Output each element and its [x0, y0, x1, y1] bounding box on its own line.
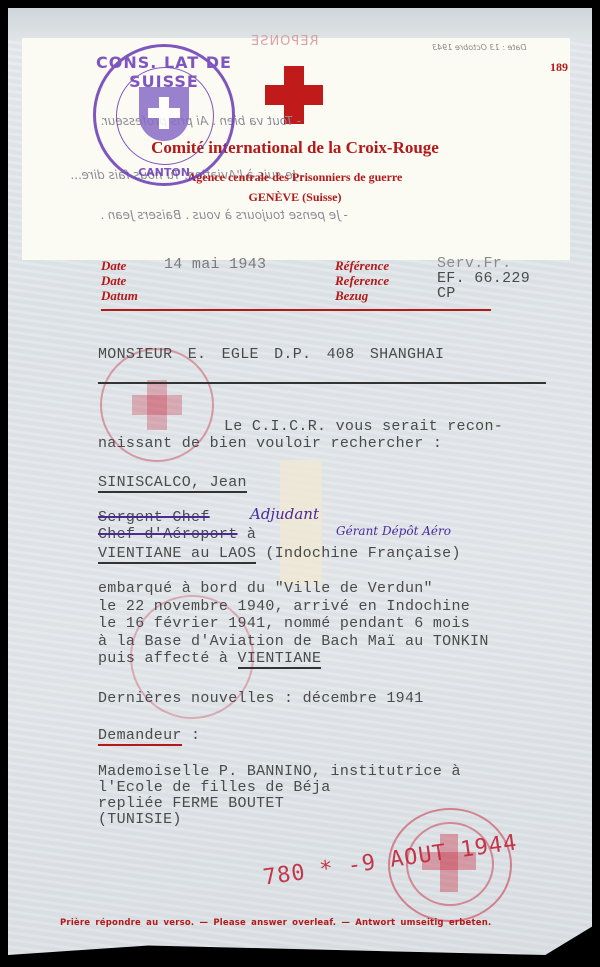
reference-values: Serv.Fr. EF. 66.229 CP	[437, 256, 530, 301]
handwritten-position: Gérant Dépôt Aéro	[336, 524, 451, 538]
swiss-shield-icon	[139, 87, 189, 141]
reference-value-3: CP	[437, 286, 530, 301]
subject-name: SINISCALCO, Jean	[98, 474, 247, 493]
handwritten-date: Date : 13 Octobre 1943	[432, 43, 527, 52]
details-last-underlined: VIENTIANE	[238, 650, 322, 669]
footer-instruction: Prière répondre au verso. — Please answe…	[60, 918, 491, 928]
city-name: GENÈVE (Suisse)	[100, 190, 490, 205]
requester-label-suffix: :	[182, 727, 201, 744]
details-paragraph: embarqué à bord du "Ville de Verdun" le …	[98, 580, 489, 668]
details-line-4: à la Base d'Aviation de Bach Maï au TONK…	[98, 633, 489, 651]
header-divider	[101, 309, 491, 311]
requester-line-2: l'Ecole de filles de Béja	[98, 780, 461, 796]
requester-label: Demandeur	[98, 727, 182, 746]
requester-label-row: Demandeur :	[98, 727, 200, 744]
reference-value-1: Serv.Fr.	[437, 256, 530, 271]
reference-label-en: Reference	[335, 273, 389, 288]
requester-line-3: repliée FERME BOUTET	[98, 796, 461, 812]
subject-position-row: Chef d'Aéroport à	[98, 526, 256, 543]
reference-value-2: EF. 66.229	[437, 271, 530, 286]
subject-rank-row: Sergent-Chef	[98, 509, 210, 526]
requester-line-1: Mademoiselle P. BANNINO, institutrice à	[98, 764, 461, 780]
reference-labels: Référence Reference Bezug	[335, 258, 389, 303]
swiss-consulate-stamp: CONS. LAT DE SUISSE CANTON	[93, 44, 235, 186]
addressee: MONSIEUR E. EGLE D.P. 408 SHANGHAI	[98, 346, 444, 363]
handwritten-line-3: - Je pense toujours à vous . Baisers Jea…	[100, 208, 540, 222]
details-line-5: puis affecté à VIENTIANE	[98, 650, 489, 668]
struck-position: Chef d'Aéroport	[98, 526, 238, 543]
addressee-rule	[98, 382, 546, 384]
date-label-de: Datum	[101, 288, 138, 303]
stamp-bottom-text: CANTON	[96, 166, 232, 179]
subject-name-row: SINISCALCO, Jean	[98, 474, 247, 491]
date-labels: Date Date Datum	[101, 258, 138, 303]
date-value: 14 mai 1943	[164, 256, 266, 273]
intro-line-1: Le C.I.C.R. vous serait recon-	[98, 418, 503, 435]
reponse-stamp: REPONSE	[250, 34, 319, 49]
reference-label-fr: Référence	[335, 258, 389, 273]
reference-label-de: Bezug	[335, 288, 389, 303]
subject-location-row: VIENTIANE au LAOS (Indochine Française)	[98, 545, 461, 562]
requester-address: Mademoiselle P. BANNINO, institutrice à …	[98, 764, 461, 828]
details-line-1: embarqué à bord du "Ville de Verdun"	[98, 580, 489, 598]
location-underlined: VIENTIANE au LAOS	[98, 545, 256, 564]
location-rest: (Indochine Française)	[256, 545, 461, 562]
position-suffix: à	[247, 526, 256, 543]
details-last-prefix: puis affecté à	[98, 650, 238, 667]
intro-line-2: naissant de bien vouloir rechercher :	[98, 435, 503, 452]
stamp-top-text: CONS. LAT DE SUISSE	[96, 53, 232, 91]
date-label-en: Date	[101, 273, 138, 288]
handwritten-rank: Adjudant	[250, 505, 319, 523]
details-line-2: le 22 novembre 1940, arrivé en Indochine	[98, 598, 489, 616]
date-label-fr: Date	[101, 258, 138, 273]
intro-paragraph: Le C.I.C.R. vous serait recon- naissant …	[98, 418, 503, 452]
struck-rank: Sergent-Chef	[98, 509, 210, 526]
last-news: Dernières nouvelles : décembre 1941	[98, 690, 424, 707]
form-number: 189	[550, 60, 568, 75]
details-line-3: le 16 février 1941, nommé pendant 6 mois	[98, 615, 489, 633]
